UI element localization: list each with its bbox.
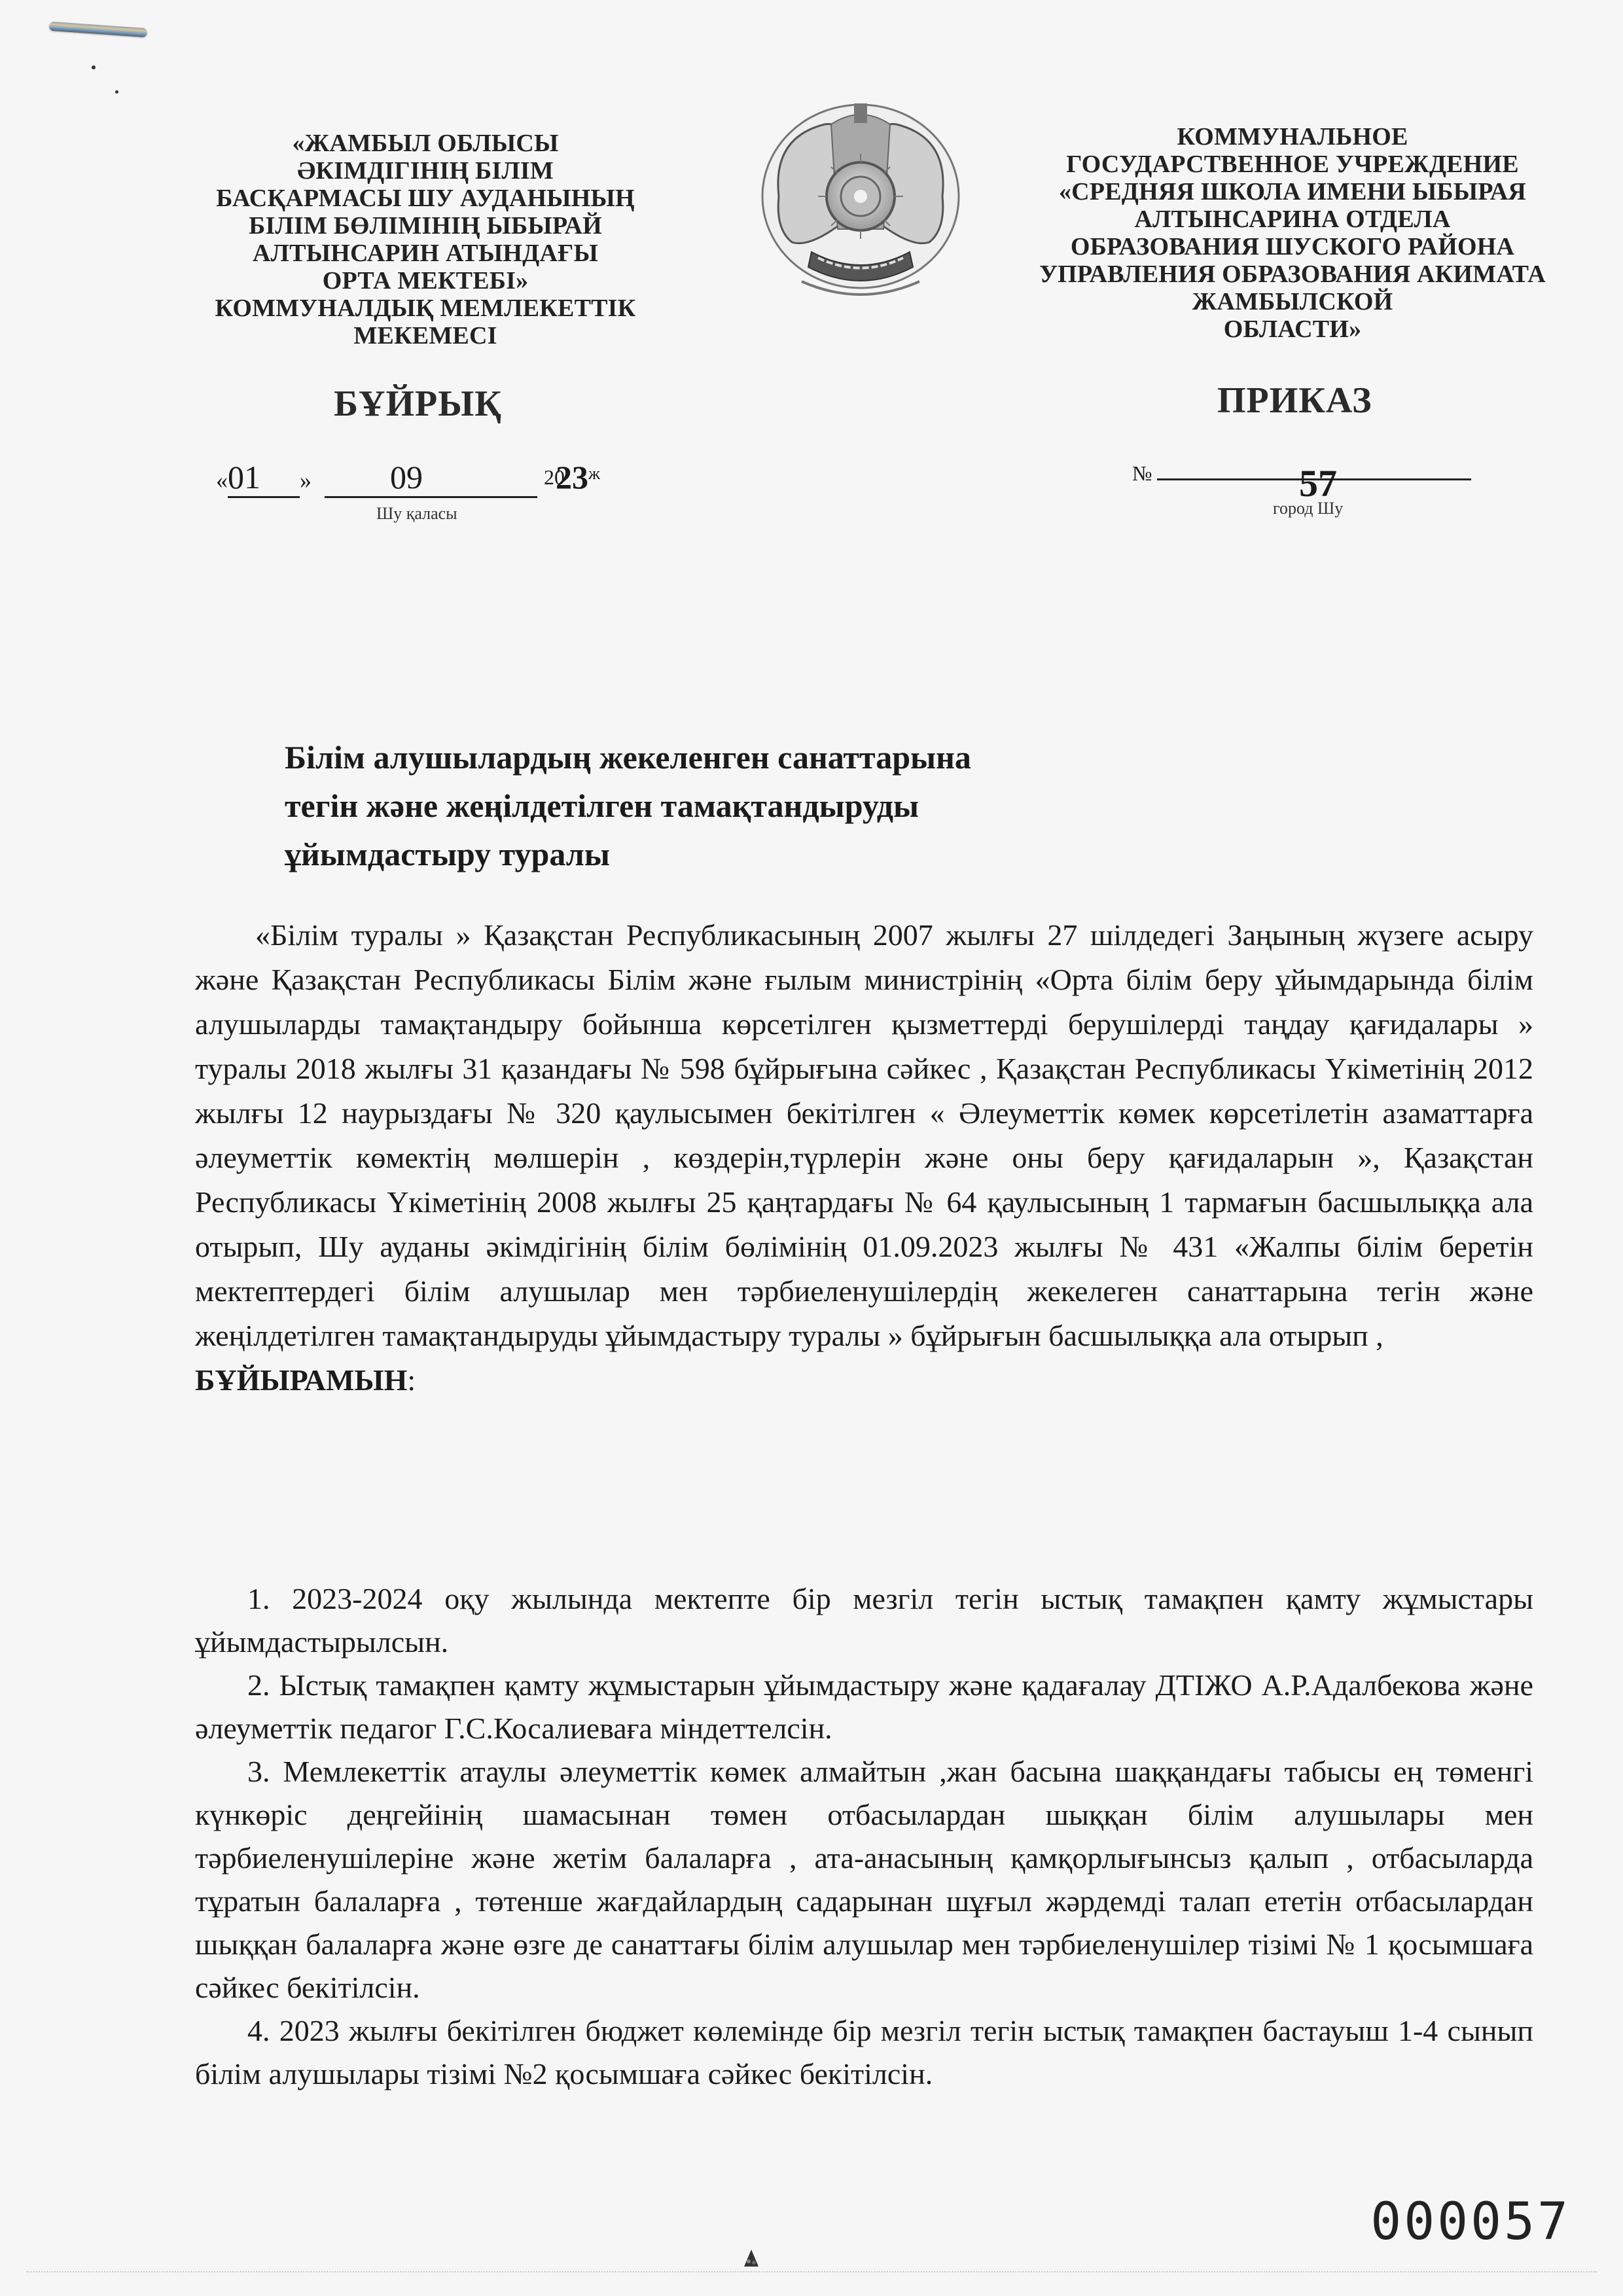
- title-line: ұйымдастыру туралы: [285, 830, 1135, 878]
- org-ru-line: ОБРАЗОВАНИЯ ШУСКОГО РАЙОНА: [1021, 233, 1564, 260]
- city-kz: Шу қаласы: [376, 504, 457, 524]
- order-date: «01»092023ж: [216, 458, 600, 504]
- org-ru-line: ОБЛАСТИ»: [1021, 315, 1564, 343]
- org-ru-line: «СРЕДНЯЯ ШКОЛА ИМЕНИ ЫБЫРАЯ: [1021, 178, 1564, 206]
- decree-word: БҰЙЫРАМЫН: [195, 1363, 407, 1397]
- scan-speck: [115, 90, 118, 94]
- document-title: Білім алушылардың жекеленген санаттарына…: [285, 733, 1135, 878]
- order-item-1: 1. 2023-2024 оқу жылында мектепте бір ме…: [195, 1577, 1533, 1664]
- org-ru-line: ГОСУДАРСТВЕННОЕ УЧРЕЖДЕНИЕ: [1021, 151, 1564, 178]
- date-day: 01: [228, 458, 300, 498]
- page-bottom-edge: [26, 2271, 1597, 2272]
- preamble-body: «Білім туралы » Қазақстан Республикасыны…: [195, 918, 1533, 1352]
- order-number: № 57: [1132, 455, 1472, 501]
- org-kz-line: БІЛІМ БӨЛІМІНІҢ ЫБЫРАЙ: [177, 212, 674, 240]
- org-kz-line: МЕКЕМЕСІ: [177, 322, 674, 350]
- organization-name-kz: «ЖАМБЫЛ ОБЛЫСЫ ӘКІМДІГІНІҢ БІЛІМ БАСҚАРМ…: [177, 130, 674, 350]
- order-item-2: 2. Ыстық тамақпен қамту жұмыстарын ұйымд…: [195, 1664, 1533, 1750]
- city-ru: город Шу: [1273, 499, 1343, 518]
- org-kz-line: АЛТЫНСАРИН АТЫНДАҒЫ: [177, 240, 674, 267]
- date-year-suffix: 23: [556, 458, 588, 496]
- scan-speck: [92, 65, 96, 69]
- organization-name-ru: КОММУНАЛЬНОЕ ГОСУДАРСТВЕННОЕ УЧРЕЖДЕНИЕ …: [1021, 123, 1564, 343]
- date-open-quote: «: [216, 467, 228, 494]
- order-item-4: 4. 2023 жылғы бекітілген бюджет көлемінд…: [195, 2009, 1533, 2096]
- org-kz-line: ОРТА МЕКТЕБІ»: [177, 267, 674, 295]
- date-close-quote: »: [300, 467, 312, 494]
- org-kz-line: ӘКІМДІГІНІҢ БІЛІМ: [177, 157, 674, 185]
- org-ru-line: АЛТЫНСАРИНА ОТДЕЛА: [1021, 206, 1564, 233]
- state-emblem-icon: [753, 98, 969, 301]
- number-sign: №: [1132, 461, 1152, 486]
- org-ru-line: КОММУНАЛЬНОЕ: [1021, 123, 1564, 151]
- preamble-text: «Білім туралы » Қазақстан Республикасыны…: [195, 913, 1533, 1403]
- org-kz-line: КОММУНАЛДЫҚ МЕМЛЕКЕТТІК: [177, 295, 674, 322]
- title-line: тегін және жеңілдетілген тамақтандыруды: [285, 781, 1135, 830]
- preamble: «Білім туралы » Қазақстан Республикасыны…: [195, 913, 1533, 1403]
- org-ru-line: УПРАВЛЕНИЯ ОБРАЗОВАНИЯ АКИМАТА: [1021, 260, 1564, 288]
- order-items: 1. 2023-2024 оқу жылында мектепте бір ме…: [195, 1577, 1533, 2096]
- org-kz-line: БАСҚАРМАСЫ ШУ АУДАНЫНЫҢ: [177, 185, 674, 212]
- date-month: 09: [325, 458, 537, 498]
- registration-number: 000057: [1370, 2193, 1571, 2251]
- document-type-ru: ПРИКАЗ: [1217, 380, 1372, 422]
- date-year-unit: ж: [588, 464, 600, 484]
- order-item-3: 3. Мемлекеттік атаулы әлеуметтік көмек а…: [195, 1750, 1533, 2009]
- scan-mark-icon: [743, 2248, 760, 2268]
- title-line: Білім алушылардың жекеленген санаттарына: [285, 733, 1135, 781]
- document-type-kz: БҰЙРЫҚ: [334, 383, 502, 425]
- org-kz-line: «ЖАМБЫЛ ОБЛЫСЫ: [177, 130, 674, 157]
- date-month-value: 09: [390, 458, 423, 496]
- staple-mark: [49, 22, 148, 37]
- org-ru-line: ЖАМБЫЛСКОЙ: [1021, 288, 1564, 315]
- decree-colon: :: [407, 1363, 416, 1397]
